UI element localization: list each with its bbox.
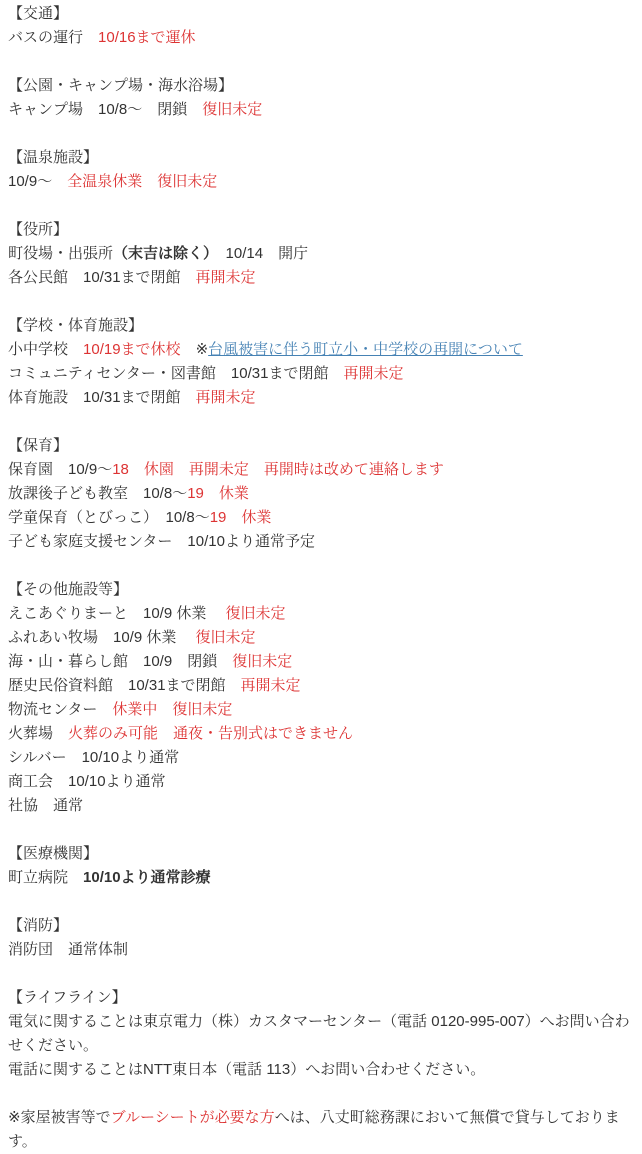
section-heading: 【ライフライン】 — [8, 986, 632, 1010]
status-red-text: 再開未定 — [343, 365, 403, 382]
status-line: 体育施設 10/31まで閉館 再開未定 — [8, 386, 632, 410]
section-heading: 【学校・体育施設】 — [8, 314, 632, 338]
status-line: 海・山・暮らし館 10/9 閉鎖 復旧未定 — [8, 650, 632, 674]
text-segment: 10/14 開庁 — [211, 245, 309, 262]
text-segment: 物流センター — [8, 701, 112, 718]
section: ※家屋被害等でブルーシートが必要な方へは、八丈町総務課において無償で貸与しており… — [8, 1106, 632, 1154]
status-line: ※家屋被害等でブルーシートが必要な方へは、八丈町総務課において無償で貸与しており… — [8, 1106, 632, 1154]
status-line: 各公民館 10/31まで閉館 再開未定 — [8, 266, 632, 290]
status-line: バスの運行 10/16まで運休 — [8, 26, 632, 50]
status-red-text: 19 休業 — [210, 509, 272, 526]
section: 【消防】消防団 通常体制 — [8, 914, 632, 962]
status-line: 電話に関することはNTT東日本（電話 113）へお問い合わせください。 — [8, 1058, 632, 1082]
status-line: 小中学校 10/19まで休校 ※台風被害に伴う町立小・中学校の再開について — [8, 338, 632, 362]
status-line: ふれあい牧場 10/9 休業 復旧未定 — [8, 626, 632, 650]
status-red-text: 復旧未定 — [226, 605, 286, 622]
status-line: 歴史民俗資料館 10/31まで閉館 再開未定 — [8, 674, 632, 698]
text-segment: 電気に関することは東京電力（株）カスタマーセンター（電話 0120-995-00… — [8, 1013, 630, 1054]
text-segment: 歴史民俗資料館 10/31まで閉館 — [8, 677, 241, 694]
text-segment: ※ — [181, 341, 209, 358]
status-report: 【交通】バスの運行 10/16まで運休【公園・キャンプ場・海水浴場】キャンプ場 … — [0, 0, 642, 1154]
status-red-text: 復旧未定 — [202, 101, 262, 118]
status-red-text: 再開未定 — [241, 677, 301, 694]
text-segment: 子ども家庭支援センター 10/10より通常予定 — [8, 533, 315, 550]
section-heading: 【役所】 — [8, 218, 632, 242]
status-red-text: 10/16まで運休 — [98, 29, 196, 46]
status-line: 社協 通常 — [8, 794, 632, 818]
text-segment: 各公民館 10/31まで閉館 — [8, 269, 196, 286]
section: 【交通】バスの運行 10/16まで運休 — [8, 2, 632, 50]
status-line: 物流センター 休業中 復旧未定 — [8, 698, 632, 722]
status-line: 商工会 10/10より通常 — [8, 770, 632, 794]
text-segment: 保育園 10/9～ — [8, 461, 112, 478]
status-red-text: 再開未定 — [196, 389, 256, 406]
section: 【その他施設等】えこあぐりまーと 10/9 休業 復旧未定ふれあい牧場 10/9… — [8, 578, 632, 818]
status-line: 子ども家庭支援センター 10/10より通常予定 — [8, 530, 632, 554]
status-line: 学童保育（とびっこ） 10/8～19 休業 — [8, 506, 632, 530]
status-red-text: 19 休業 — [187, 485, 249, 502]
school-reopening-link[interactable]: 台風被害に伴う町立小・中学校の再開について — [208, 341, 523, 358]
section: 【役所】町役場・出張所（末吉は除く） 10/14 開庁各公民館 10/31まで閉… — [8, 218, 632, 290]
section-heading: 【保育】 — [8, 434, 632, 458]
section: 【保育】保育園 10/9～18 休園 再開未定 再開時は改めて連絡します放課後子… — [8, 434, 632, 554]
section-heading: 【公園・キャンプ場・海水浴場】 — [8, 74, 632, 98]
status-red-text: 火葬のみ可能 通夜・告別式はできません — [68, 725, 353, 742]
section: 【医療機関】町立病院 10/10より通常診療 — [8, 842, 632, 890]
status-line: 放課後子ども教室 10/8～19 休業 — [8, 482, 632, 506]
status-line: 保育園 10/9～18 休園 再開未定 再開時は改めて連絡します — [8, 458, 632, 482]
text-segment: 小中学校 — [8, 341, 83, 358]
section-heading: 【消防】 — [8, 914, 632, 938]
section: 【温泉施設】10/9～ 全温泉休業 復旧未定 — [8, 146, 632, 194]
text-segment: コミュニティセンター・図書館 10/31まで閉館 — [8, 365, 343, 382]
text-segment: 放課後子ども教室 10/8～ — [8, 485, 187, 502]
text-segment: 社協 通常 — [8, 797, 83, 814]
text-segment: 10/10より通常診療 — [83, 869, 211, 886]
status-red-text: ブルーシートが必要な方 — [111, 1109, 275, 1126]
status-line: キャンプ場 10/8～ 閉鎖 復旧未定 — [8, 98, 632, 122]
status-line: 消防団 通常体制 — [8, 938, 632, 962]
section-heading: 【医療機関】 — [8, 842, 632, 866]
text-segment: えこあぐりまーと 10/9 休業 — [8, 605, 226, 622]
status-line: コミュニティセンター・図書館 10/31まで閉館 再開未定 — [8, 362, 632, 386]
text-segment: 町役場・出張所 — [8, 245, 113, 262]
section-heading: 【温泉施設】 — [8, 146, 632, 170]
status-line: 町役場・出張所（末吉は除く） 10/14 開庁 — [8, 242, 632, 266]
status-red-text: 10/19まで休校 — [83, 341, 181, 358]
text-segment: （末吉は除く） — [113, 245, 211, 262]
status-line: 10/9～ 全温泉休業 復旧未定 — [8, 170, 632, 194]
text-segment: 学童保育（とびっこ） 10/8～ — [8, 509, 210, 526]
status-red-text: 全温泉休業 復旧未定 — [67, 173, 217, 190]
status-red-text: 復旧未定 — [232, 653, 292, 670]
text-segment: 商工会 10/10より通常 — [8, 773, 166, 790]
section: 【公園・キャンプ場・海水浴場】キャンプ場 10/8～ 閉鎖 復旧未定 — [8, 74, 632, 122]
text-segment: 電話に関することはNTT東日本（電話 113）へお問い合わせください。 — [8, 1061, 485, 1078]
text-segment: 海・山・暮らし館 10/9 閉鎖 — [8, 653, 232, 670]
status-red-text: 休業中 復旧未定 — [112, 701, 232, 718]
section-heading: 【交通】 — [8, 2, 632, 26]
status-line: 町立病院 10/10より通常診療 — [8, 866, 632, 890]
status-red-text: 18 休園 再開未定 再開時は改めて連絡します — [112, 461, 444, 478]
text-segment: 火葬場 — [8, 725, 68, 742]
status-red-text: 復旧未定 — [196, 629, 256, 646]
text-segment: バスの運行 — [8, 29, 98, 46]
section: 【ライフライン】電気に関することは東京電力（株）カスタマーセンター（電話 012… — [8, 986, 632, 1082]
status-line: 電気に関することは東京電力（株）カスタマーセンター（電話 0120-995-00… — [8, 1010, 632, 1058]
status-line: シルバー 10/10より通常 — [8, 746, 632, 770]
section: 【学校・体育施設】小中学校 10/19まで休校 ※台風被害に伴う町立小・中学校の… — [8, 314, 632, 410]
status-line: 火葬場 火葬のみ可能 通夜・告別式はできません — [8, 722, 632, 746]
text-segment: 体育施設 10/31まで閉館 — [8, 389, 196, 406]
status-line: えこあぐりまーと 10/9 休業 復旧未定 — [8, 602, 632, 626]
text-segment: 10/9～ — [8, 173, 67, 190]
status-red-text: 再開未定 — [196, 269, 256, 286]
text-segment: キャンプ場 10/8～ 閉鎖 — [8, 101, 202, 118]
text-segment: ※家屋被害等で — [8, 1109, 111, 1126]
text-segment: ふれあい牧場 10/9 休業 — [8, 629, 196, 646]
text-segment: シルバー 10/10より通常 — [8, 749, 179, 766]
section-heading: 【その他施設等】 — [8, 578, 632, 602]
text-segment: 町立病院 — [8, 869, 83, 886]
text-segment: 消防団 通常体制 — [8, 941, 128, 958]
